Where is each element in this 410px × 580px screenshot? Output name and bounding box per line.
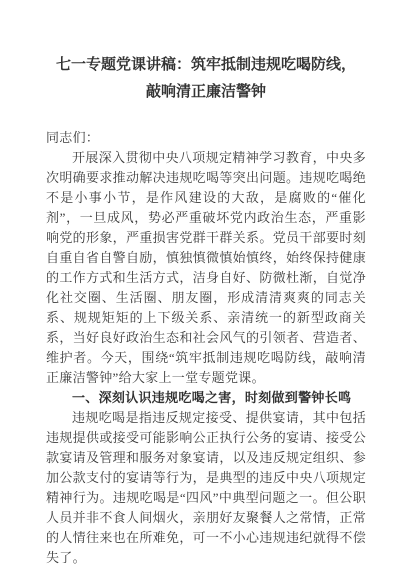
salutation: 同志们：	[46, 128, 366, 148]
paragraph-intro: 开展深入贯彻中央八项规定精神学习教育，中央多次明确要求推动解决违规吃喝等突出问题…	[46, 148, 366, 388]
paragraph-section-1: 违规吃喝是指违反规定接受、提供宴请，其中包括违规提供或接受可能影响公正执行公务的…	[46, 408, 366, 568]
document-title: 七一专题党课讲稿：筑牢抵制违规吃喝防线， 敲响清正廉洁警钟	[46, 52, 366, 106]
document-page: 七一专题党课讲稿：筑牢抵制违规吃喝防线， 敲响清正廉洁警钟 同志们： 开展深入贯…	[0, 0, 410, 580]
document-title-line-1: 七一专题党课讲稿：筑牢抵制违规吃喝防线，	[46, 52, 366, 79]
document-body: 同志们： 开展深入贯彻中央八项规定精神学习教育，中央多次明确要求推动解决违规吃喝…	[46, 128, 366, 568]
section-1-heading: 一、深刻认识违规吃喝之害，时刻做到警钟长鸣	[46, 388, 366, 408]
document-title-line-2: 敲响清正廉洁警钟	[46, 79, 366, 106]
